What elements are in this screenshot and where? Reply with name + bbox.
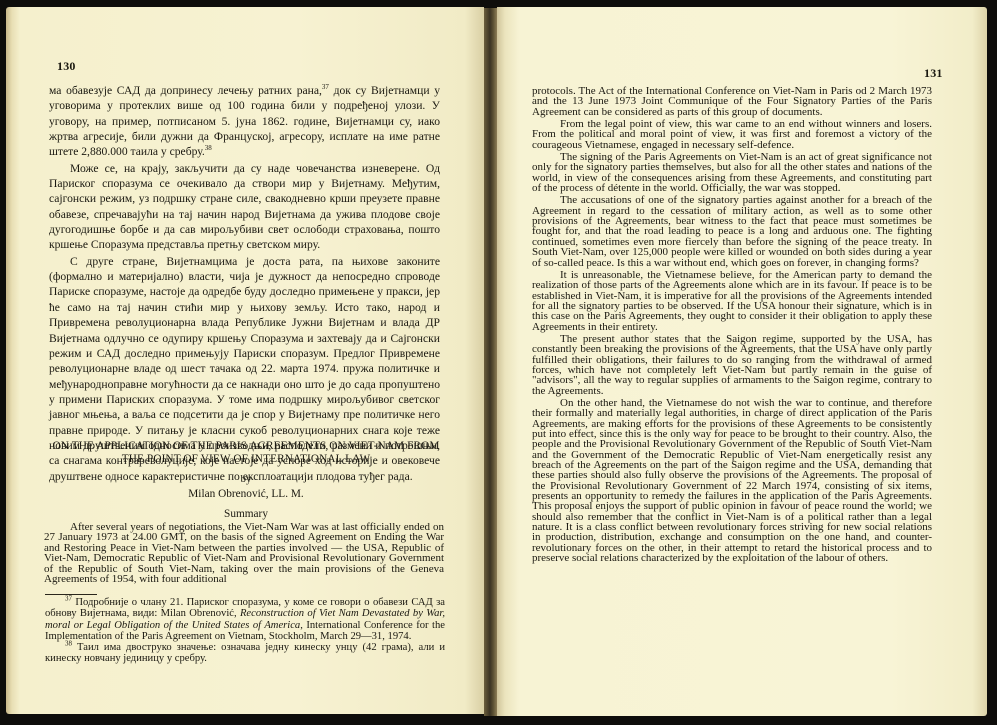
footnote-text: Таил има двоструко значење: означава јед…	[45, 642, 445, 664]
summary-paragraph: The signing of the Paris Agreements on V…	[532, 152, 932, 193]
article-title: ON THE APPLICATION OF THE PARIS AGREEMEN…	[46, 440, 446, 466]
footnotes: 37 Подробније о члану 21. Париског спора…	[45, 597, 445, 665]
footnote-38: 38 Таил има двоструко значење: означава …	[45, 642, 445, 665]
summary-paragraph: It is unreasonable, the Vietnamese belie…	[532, 270, 932, 332]
footnote-ref-38[interactable]: 38	[205, 145, 212, 153]
summary-paragraph: The present author states that the Saigo…	[532, 334, 932, 396]
page-number-left: 130	[57, 59, 76, 74]
page-number-right: 131	[924, 66, 943, 81]
left-page: 130 ма обавезује САД да допринесу лечењу…	[6, 7, 484, 714]
footnote-37: 37 Подробније о члану 21. Париског спора…	[45, 597, 445, 642]
footnote-number: 38	[65, 640, 72, 648]
summary-body-continued: protocols. The Act of the International …	[532, 86, 932, 563]
cyrillic-body: ма обавезује САД да допринесу лечењу рат…	[49, 83, 440, 484]
summary-paragraph: After several years of negotiations, the…	[44, 522, 444, 584]
right-page: 131 protocols. The Act of the Internatio…	[497, 7, 987, 716]
summary-paragraph: The accusations of one of the signatory …	[532, 195, 932, 267]
footnote-number: 37	[65, 594, 72, 602]
author-name: Milan Obrenović, LL. M.	[46, 488, 446, 500]
article-title-line: ON THE APPLICATION OF THE PARIS AGREEMEN…	[46, 440, 446, 453]
summary-heading: Summary	[46, 508, 446, 520]
book-spread: 130 ма обавезује САД да допринесу лечењу…	[0, 0, 997, 725]
cyrillic-paragraph: Може се, на крају, закључити да су наде …	[49, 161, 440, 253]
book-gutter	[484, 8, 497, 716]
paragraph-text: ма обавезује САД да допринесу лечењу рат…	[49, 84, 322, 97]
summary-paragraph: From the legal point of view, this war c…	[532, 119, 932, 150]
article-title-line: THE POINT OF VIEW OF INTERNATIONAL LAW	[46, 453, 446, 466]
byline: by	[46, 473, 446, 485]
summary-paragraph: protocols. The Act of the International …	[532, 86, 932, 117]
cyrillic-paragraph: ма обавезује САД да допринесу лечењу рат…	[49, 83, 440, 160]
summary-paragraph: On the other hand, the Vietnamese do not…	[532, 398, 932, 564]
summary-body-start: After several years of negotiations, the…	[44, 522, 444, 584]
footnote-ref-37[interactable]: 37	[322, 83, 329, 91]
